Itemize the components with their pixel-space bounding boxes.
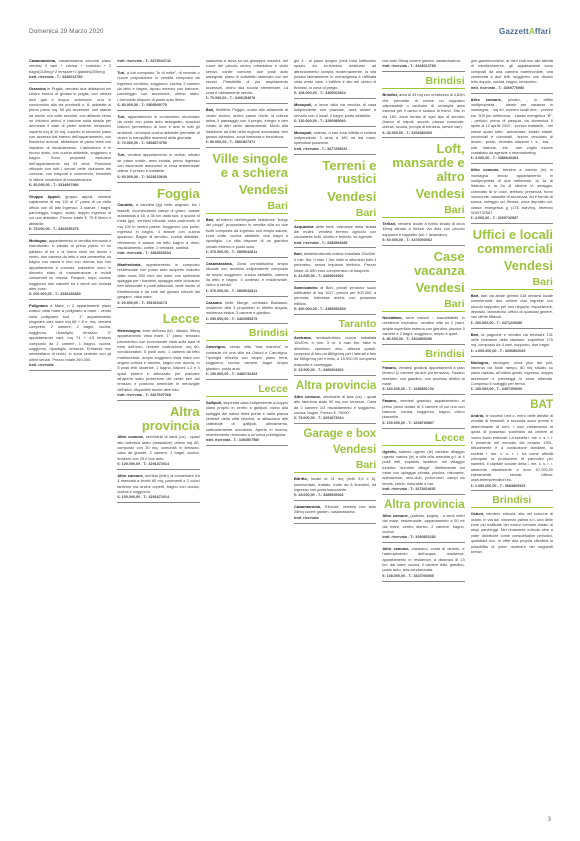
section-heading-bari: Bari (471, 277, 553, 290)
ad-price-phone: €: 400.000,00 - T.: 3389950453 (294, 307, 376, 315)
ad-price-phone: tratt. riservata - T.: 3478424691 (382, 487, 464, 495)
classified-ad: Noicattaro, torre marchi - inaccettabile… (382, 315, 464, 345)
classified-ad: Monopoli, a lecce città via vecchia di c… (294, 102, 376, 127)
ad-price-phone: €: 4.000,00 - T.: 3386640464 (471, 156, 553, 164)
ad-location: Bari, (471, 332, 480, 337)
section-heading-garage: Garage e box (294, 428, 376, 440)
ad-price-phone: €: 190.000,00 - T.: 3480742463 (206, 372, 288, 380)
section-heading-bari: Bari (382, 299, 464, 312)
ad-price-phone: €: 1.000.000,00 - T.: 3683809525 (471, 484, 553, 492)
ad-location: Bari, (206, 217, 215, 222)
classified-ad: Turi, a turi composto "lo di notte", di … (117, 70, 199, 111)
ad-location: Fasano, (382, 398, 397, 403)
classifieds-columns: Casamassima, casamassima secondi piano v… (29, 58, 553, 818)
ad-text: palazzina si trova su via giuseppe mazzi… (206, 58, 288, 95)
ad-text: appartamento in composto residenziale co… (117, 262, 199, 299)
ad-text: box auto 28mq covent garden. casamassima… (382, 58, 461, 63)
ad-text: landestrutturata rustica imballata 20x40… (294, 251, 376, 272)
classified-ad: Manfredonia, appartamento in composto re… (117, 262, 199, 308)
classified-ad: gno gastronomiche, al mini club ecc alle… (471, 58, 553, 94)
ad-text: le società i.me.c. entro delle attività … (471, 413, 553, 482)
ad-price-phone: €: 15.500,00 - T.: 3460604922 (294, 368, 376, 376)
ad-location: Bari, (206, 107, 215, 112)
classified-ad: Altro comune, serrista (lefin) di conser… (117, 473, 199, 503)
ad-location: Monopoli, (294, 130, 312, 135)
classified-ad: Monopoli, salento, a san foca villetta a… (294, 130, 376, 155)
ad-price-phone: €: 370.000,00 - T.: 0805042811 (206, 289, 288, 297)
column-4: gni 3 - al piano ipogeo (vedi foto) bell… (294, 58, 376, 818)
ad-text: a Mare, n 2 appartamenti piano rustico v… (29, 303, 111, 361)
publication-date: Domenica 29 Marzo 2020 (29, 28, 103, 35)
classified-ad: Gallipoli, stupenda casa indipendente a … (206, 400, 288, 446)
ad-location: Sannicandro (294, 285, 318, 290)
ad-price-phone: €: 30.000,00 - T.: 3334897980 (29, 183, 111, 191)
ad-price-phone: €: 108.000,00 - T.: 3347000000 (382, 574, 464, 582)
ad-text: salento ugento (le) vendesi villaggio ug… (382, 449, 464, 486)
classified-ad: Bitritto, locale di 21 mq (lvdh 3,5 x 6)… (294, 476, 376, 501)
ad-price-phone: €: 108.000,00 - T.: 3460604924 (294, 91, 376, 99)
ad-price-phone: €: 28.000,00 - T.: 3389926002 (294, 493, 376, 501)
ad-text: la pagnone e vendita via trevisani 131 n… (471, 332, 553, 348)
classified-ad: box auto 28mq covent garden. casamassima… (382, 58, 464, 72)
section-heading-brindisi: Brindisi (471, 495, 553, 508)
ad-location: Acquaviva (294, 224, 313, 229)
ad-location: Polignano (29, 303, 48, 308)
ad-price-phone: tratt. riservata - T.: 3384584685 (294, 241, 376, 249)
section-heading-ville: Ville singole e a schiera (206, 152, 288, 179)
ad-price-phone: tratt. riservata - T.: 3290832282 (382, 535, 464, 543)
ad-price-phone: €: 100.000,00 - T.: 3497200000 (471, 387, 553, 395)
ad-location: Altro comune, (382, 513, 409, 518)
classified-ad: Altro comune, (salento, puglia) - a vent… (382, 513, 464, 543)
classified-ad: Altro comune, privato, - in affitto mult… (471, 97, 553, 165)
page-number: 3 (548, 817, 551, 823)
ad-price-phone: tratt. riservata (294, 516, 376, 524)
ad-location: Altro comune, (117, 473, 143, 478)
section-heading-lecce: Lecce (382, 433, 464, 446)
ad-location: Fasano, (382, 365, 397, 370)
ad-price-phone: €: 60.000,00 - T.: 3476003062 (382, 238, 464, 246)
ad-price-phone: tratt. riservata - T.: 3369776980 (471, 86, 553, 94)
classified-ad: Gruppo Appuli, gruppo appuli, vendesi ca… (29, 194, 111, 235)
ad-location: Bitritto, (294, 476, 308, 481)
ad-location: Bari, (294, 251, 303, 256)
ad-location: Manfredonia, (117, 262, 141, 267)
ad-location: Grassina (29, 86, 46, 91)
ad-location: Terlizzi, (382, 221, 396, 226)
ad-price-phone: €: 29.000,00 - T.: 3519194173 (117, 301, 199, 309)
classified-ad: Candela, a candela (fg) nelle anguste, t… (117, 202, 199, 259)
ad-location: Casamassima, (29, 58, 56, 63)
classified-ad: Sannicandro di Bari, privati vendono suo… (294, 285, 376, 315)
classified-ad: Cassano delle Murge, contrada Baldasso, … (206, 300, 288, 325)
ad-price-phone: €: 75.000,00 - T.: 3462059375 (29, 227, 111, 235)
ad-text: area di 43 mq con un'altezza di 4,80m ch… (382, 92, 464, 129)
classified-ad: Bari, bari via abate gimma 318 vendesi l… (471, 293, 553, 329)
classified-ad: Casamassima, casamassima secondi piano v… (29, 58, 111, 83)
ad-text: Molfetta, Poggio, orario alto adiacente … (206, 107, 288, 139)
section-heading-altra-provincia: Altra provincia (117, 405, 199, 432)
ad-price-phone: €: 1.000.000,00 - T.: 3206802049 (471, 349, 553, 357)
section-heading-case-vacanza: Case vacanza (382, 250, 464, 277)
ad-location: Altro comune, (471, 97, 502, 102)
ad-price-phone: €: 105.000,00 - T.: 3291872014 (117, 462, 199, 470)
section-heading-vendesi: Vendesi (382, 187, 464, 201)
ad-location: Ostuni, (471, 511, 484, 516)
classified-ad: Turi, appartamento in condominio circond… (117, 114, 199, 150)
ad-price-phone: €: 69.000,00 - T.: 3628133640 (117, 175, 199, 183)
classified-ad: palazzina si trova su via giuseppe mazzi… (206, 58, 288, 104)
ad-price-phone: €: 40.000,00 - T.: 3206382003 (382, 131, 464, 139)
ad-location: Gallipoli, (206, 400, 222, 405)
ad-price-phone: tratt. riservata - T.: 3346013780 (29, 75, 111, 83)
classified-ad: Altro comune, cerchiarla di santi (cs) -… (117, 434, 199, 470)
ad-location: Carovigno, (206, 344, 226, 349)
column-1: Casamassima, casamassima secondi piano v… (29, 58, 111, 818)
classified-ad: Bari, Molfetta, Poggio, orario alto adia… (206, 107, 288, 148)
classified-ad: Altro comune, casarano, costa di otranto… (382, 546, 464, 582)
ad-location: Candela, (117, 202, 133, 207)
classified-ad: Modugno, modugno, zona pico dei pini, tr… (471, 360, 553, 396)
ad-text: a turi composto "lo di notte", di recent… (117, 70, 199, 102)
section-heading-brindisi: Brindisi (206, 328, 288, 341)
classified-ad: Bari, la pagnone e vendita via trevisani… (471, 332, 553, 357)
ad-price-phone: €: 160.000,00 - T.: 3285851722 (382, 387, 464, 395)
ad-price-phone: €: 105.000,00 - T.: 3291872014 (117, 495, 199, 503)
classified-ad: Carovigno, vendo villa "mia marcina" in … (206, 344, 288, 380)
ad-location: Cassano (206, 300, 222, 305)
classified-ad: Terlizzi, vendesi locale a livello strad… (382, 221, 464, 246)
section-heading-vendesi: Vendesi (294, 190, 376, 204)
ad-text: in Puglia, vendesi due abitazioni nel ce… (29, 86, 111, 182)
classified-ad: Casamassima, Trilocale, vendesi box auto… (294, 504, 376, 524)
ad-price-phone: tratt. riservata - T.: 3494507580 (206, 438, 288, 446)
section-heading-lecce: Lecce (117, 312, 199, 326)
ad-location: Altro comune, (117, 434, 144, 439)
logo-text-main: Gazzett (499, 27, 529, 36)
ad-text: all'interno dell'elegante residence "bor… (206, 217, 288, 249)
ad-location: Ugento, (382, 449, 396, 454)
ad-text: privato, - in affitto multiproprietà, - … (471, 97, 553, 155)
ad-location: Melendugno, (117, 328, 141, 333)
ad-price-phone: €: 70.000,00 - T.: 0808274790 (117, 141, 199, 149)
ad-price-phone: tratt. riservata - T.: 3475044742 (117, 59, 199, 67)
section-heading-vendesi: Vendesi (471, 259, 553, 273)
classified-ad: Brindisi, area di 43 mq con un'altezza d… (382, 92, 464, 138)
ad-location: Modugno, (471, 360, 490, 365)
section-heading-bari: Bari (206, 201, 288, 214)
classified-ad: Fasano, vendesi graziosi appartamenti a … (382, 365, 464, 395)
ad-location: Altro comune, (382, 546, 409, 551)
ad-text: vendesi appartamento in ordine, situato … (117, 152, 199, 173)
ad-price-phone: €: 80.000,00 - T.: 0801827371 (206, 140, 288, 148)
classified-ad: Modugno, appartamento in vendita rinnova… (29, 238, 111, 300)
classified-ad: Bari, landestrutturata rustica imballata… (294, 251, 376, 281)
ad-text: a candela (fg) nelle anguste, tra i tass… (117, 202, 199, 250)
classified-ad: Fasano, vendesi grazioso appartamento al… (382, 398, 464, 428)
classified-ad: Altro comune, trentino a caredo (tn) in … (471, 167, 553, 224)
column-6: gno gastronomiche, al mini club ecc alle… (471, 58, 553, 818)
ad-price-phone: €: 75.000,00 - T.: 3291873014 (294, 416, 376, 424)
classified-ad: Grassina in Puglia, vendesi due abitazio… (29, 86, 111, 191)
ad-price-phone: tratt. riservata - T.: 3346013780 (382, 64, 464, 72)
ad-text: vendesi: edicola, sita nel comune di ost… (471, 511, 553, 553)
ad-text: bari via abate gimma 318 vendesi locale … (471, 293, 553, 319)
ad-text: tendostruttura nuova imballata 10x20m. h… (294, 335, 376, 367)
ad-text: appartamento in vendita rinnovato e rist… (29, 238, 111, 291)
ad-text: torre dell'orso (le) - situato. 95mq app… (117, 328, 199, 392)
ad-location: Brindisi, (382, 92, 398, 97)
ad-location: Altro comune, (471, 167, 500, 172)
ad-price-phone: tratt. riservata - T.: 3477259632 (294, 147, 376, 155)
ad-location: Turi, (117, 114, 125, 119)
section-heading-altra-provincia: Altra provincia (294, 380, 376, 392)
section-heading-foggia: Foggia (117, 187, 199, 201)
ad-text: gni 3 - al piano ipogeo (vedi foto) bell… (294, 58, 376, 90)
ad-text: stupenda casa indipendente a doppio pian… (206, 400, 288, 437)
ad-price-phone: €: 41.650,00 - T.: 3460604922 (294, 274, 376, 282)
classified-ad: Andria, le società i.me.c. entro delle a… (471, 413, 553, 491)
ad-text: gruppo appuli, vendesi capannone di mq 1… (29, 194, 111, 226)
classified-ad: Acquaviva delle fonti, vicinanze della s… (294, 224, 376, 249)
gazzettaffari-logo: GazzettAffari (499, 27, 551, 36)
section-heading-bari: Bari (294, 208, 376, 221)
ad-price-phone: tratt. riservata (29, 363, 111, 371)
ad-price-phone: tratt. riservata - T.: 3384563604 (117, 251, 199, 259)
classified-ad: Turi, vendesi appartamento in ordine, si… (117, 152, 199, 182)
ad-price-phone: €: 100.000,00 - T.: 3208769807 (382, 421, 464, 429)
ad-location: Gruppo Appuli, (29, 194, 61, 199)
section-heading-terreni: Terreni e rustici (294, 159, 376, 186)
column-5: box auto 28mq covent garden. casamassima… (382, 58, 464, 818)
classified-ad: tratt. riservata - T.: 3475044742 (117, 59, 199, 67)
classified-ad: Avetrana, tendostruttura nuova imballata… (294, 335, 376, 376)
column-2: tratt. riservata - T.: 3475044742Turi, a… (117, 58, 199, 818)
logo-text-end: ffari (535, 27, 551, 36)
ad-location: Andria, (471, 413, 484, 418)
ad-text: gno gastronomiche, al mini club ecc alle… (471, 58, 553, 84)
classified-ad: Polignano a Mare, n 2 appartamenti piano… (29, 303, 111, 371)
ad-price-phone: €: 80.000,00 - T.: 0808049770 (117, 103, 199, 111)
ad-location: Noicattaro, (382, 315, 402, 320)
ad-text: trentino a caredo (tn) in montagna vendo… (471, 167, 553, 215)
ad-location: Bari, (471, 293, 480, 298)
section-heading-vendesi: Vendesi (294, 444, 376, 456)
ad-location: Casamassima, (206, 261, 233, 266)
section-heading-bat: BAT (471, 399, 553, 411)
ad-location: Turi, (117, 152, 125, 157)
section-heading-lecce: Lecce (206, 384, 288, 397)
ad-price-phone: €: 260.000,00 - T.: 3471220080 (471, 321, 553, 329)
ad-price-phone: €: 70.000,00 - T.: 3406154678 (206, 96, 288, 104)
classified-ad: Casamassima, Zona centralissima ampio bi… (206, 261, 288, 297)
ad-location: Modugno, (29, 238, 48, 243)
classified-ad: Altro comune, cerchiarla di tara (cs) - … (294, 394, 376, 424)
ad-price-phone: €: 80.000,00 - T.: 3204890296 (382, 337, 464, 345)
section-heading-brindisi: Brindisi (382, 76, 464, 89)
ad-price-phone: tratt. riservata - T.: 3407697068 (117, 393, 199, 401)
section-heading-uffici: Uffici e locali commerciali (471, 228, 553, 255)
section-heading-brindisi: Brindisi (382, 349, 464, 362)
ad-price-phone: €: 120.000,00 - T.: 3290980040 (294, 119, 376, 127)
section-heading-loft: Loft, mansarde e altro (382, 142, 464, 183)
ad-price-phone: €: 250.000,00 - T.: 3402085375 (206, 317, 288, 325)
section-heading-altra-provincia: Altra provincia (382, 499, 464, 511)
ad-price-phone: €: 370.000,00 - T.: 0805042811 (206, 250, 288, 258)
column-3: palazzina si trova su via giuseppe mazzi… (206, 58, 288, 818)
ad-price-phone: €: 200.000,00 - T.: 3336436480 (29, 292, 111, 300)
section-heading-taranto: Taranto (294, 319, 376, 332)
classified-ad: Melendugno, torre dell'orso (le) - situa… (117, 328, 199, 401)
classified-ad: gni 3 - al piano ipogeo (vedi foto) bell… (294, 58, 376, 99)
classified-ad: Ugento, salento ugento (le) vendesi vill… (382, 449, 464, 495)
section-heading-vendesi: Vendesi (382, 281, 464, 295)
ad-location: Altro comune, (294, 394, 321, 399)
section-heading-bari: Bari (382, 205, 464, 218)
section-heading-bari: Bari (294, 460, 376, 473)
ad-location: Turi, (117, 70, 125, 75)
ad-location: Monopoli, (294, 102, 312, 107)
ad-price-phone: €: 4.000,00 - T.: 3209732587 (471, 216, 553, 224)
classified-ad: Ostuni, vendesi: edicola, sita nel comun… (471, 511, 553, 554)
section-heading-vendesi: Vendesi (206, 183, 288, 197)
ad-text: appartamento in condominio circondato da… (117, 114, 199, 140)
classified-ad: Bari, all'interno dell'elegante residenc… (206, 217, 288, 258)
ad-location: Casamassima, (294, 504, 321, 509)
page-header: Domenica 29 Marzo 2020 GazzettAffari (29, 27, 551, 41)
ad-location: Avetrana, (294, 335, 312, 340)
